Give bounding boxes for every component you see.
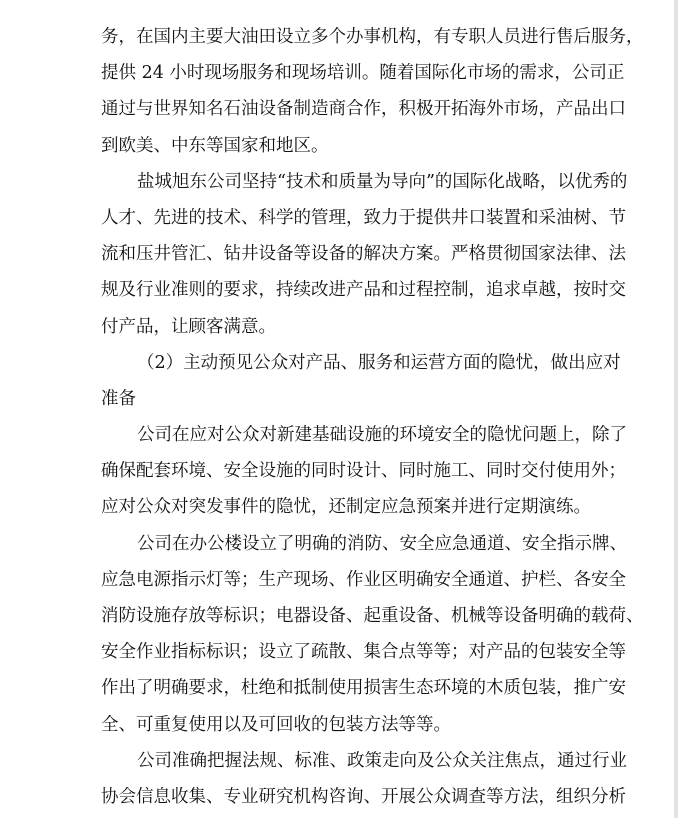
- document-page: 务，在国内主要大油田设立多个办事机构，有专职人员进行售后服务， 提供 24 小时…: [0, 0, 674, 818]
- paragraph-service: 务，在国内主要大油田设立多个办事机构，有专职人员进行售后服务， 提供 24 小时…: [101, 19, 572, 164]
- document-body: 务，在国内主要大油田设立多个办事机构，有专职人员进行售后服务， 提供 24 小时…: [101, 19, 572, 815]
- paragraph-safety-signs: 公司在办公楼设立了明确的消防、安全应急通道、安全指示牌、 应急电源指示灯等；生产…: [101, 526, 572, 743]
- text-line: 消防设施存放等标识；电器设备、起重设备、机械等设备明确的载荷、: [101, 598, 572, 634]
- text-line: 公司准确把握法规、标准、政策走向及公众关注焦点，通过行业: [101, 743, 572, 779]
- text-line: 公司在办公楼设立了明确的消防、安全应急通道、安全指示牌、: [101, 526, 572, 562]
- section-heading-2: （2）主动预见公众对产品、服务和运营方面的隐忧，做出应对 准备: [101, 345, 572, 417]
- text-line: 作出了明确要求，杜绝和抵制使用损害生态环境的木质包装，推广安: [101, 670, 572, 706]
- viewer-edge: [674, 0, 678, 818]
- text-line: 付产品，让顾客满意。: [101, 309, 572, 345]
- text-line: 公司在应对公众对新建基础设施的环境安全的隐忧问题上，除了: [101, 417, 572, 453]
- text-line: 规及行业准则的要求，持续改进产品和过程控制，追求卓越，按时交: [101, 272, 572, 308]
- paragraph-regulations: 公司准确把握法规、标准、政策走向及公众关注焦点，通过行业 协会信息收集、专业研究…: [101, 743, 572, 815]
- paragraph-strategy: 盐城旭东公司坚持“技术和质量为导向”的国际化战略，以优秀的 人才、先进的技术、科…: [101, 164, 572, 345]
- text-line: 到欧美、中东等国家和地区。: [101, 128, 572, 164]
- paragraph-infrastructure: 公司在应对公众对新建基础设施的环境安全的隐忧问题上，除了 确保配套环境、安全设施…: [101, 417, 572, 526]
- text-line: 盐城旭东公司坚持“技术和质量为导向”的国际化战略，以优秀的: [101, 164, 572, 200]
- text-line: 安全作业指标标识；设立了疏散、集合点等等；对产品的包装安全等: [101, 634, 572, 670]
- text-line: 通过与世界知名石油设备制造商合作，积极开拓海外市场，产品出口: [101, 91, 572, 127]
- heading-line: （2）主动预见公众对产品、服务和运营方面的隐忧，做出应对: [101, 345, 572, 381]
- text-line: 全、可重复使用以及可回收的包装方法等等。: [101, 707, 572, 743]
- text-line: 务，在国内主要大油田设立多个办事机构，有专职人员进行售后服务，: [101, 19, 572, 55]
- text-line: 确保配套环境、安全设施的同时设计、同时施工、同时交付使用外；: [101, 453, 572, 489]
- text-line: 人才、先进的技术、科学的管理，致力于提供井口装置和采油树、节: [101, 200, 572, 236]
- text-line: 应急电源指示灯等；生产现场、作业区明确安全通道、护栏、各安全: [101, 562, 572, 598]
- text-line: 应对公众对突发事件的隐忧，还制定应急预案并进行定期演练。: [101, 489, 572, 525]
- text-line: 流和压井管汇、钻井设备等设备的解决方案。严格贯彻国家法律、法: [101, 236, 572, 272]
- text-line: 提供 24 小时现场服务和现场培训。随着国际化市场的需求，公司正: [101, 55, 572, 91]
- heading-line: 准备: [101, 381, 572, 417]
- text-line: 协会信息收集、专业研究机构咨询、开展公众调查等方法，组织分析: [101, 779, 572, 815]
